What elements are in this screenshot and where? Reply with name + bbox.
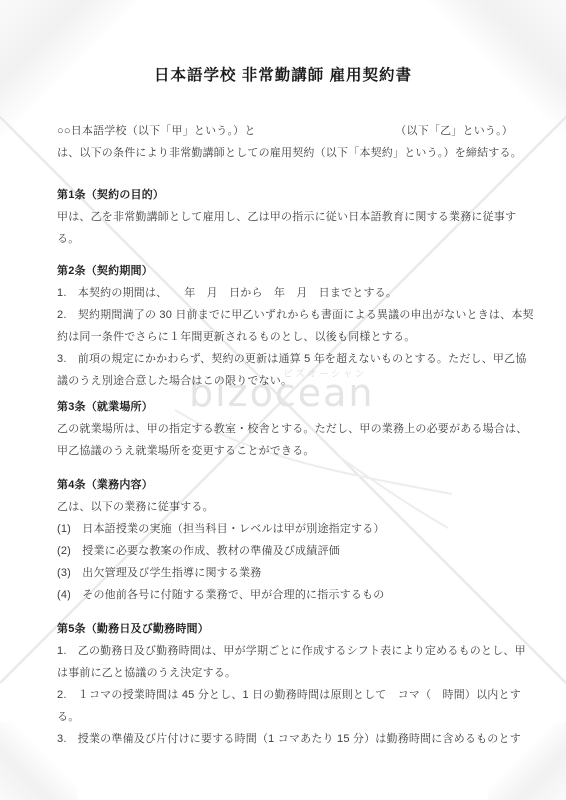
intro-paragraph: ○○日本語学校（以下「甲」という。）と （以下「乙」という。） は、以下の条件に… xyxy=(57,120,522,164)
article-5-heading: 第5条（勤務日及び勤務時間） xyxy=(57,618,209,640)
article-3-heading: 第3条（就業場所） xyxy=(57,396,153,418)
party-a-text: ○○日本語学校（以下「甲」という。）と xyxy=(57,120,256,142)
article-2-body: 1. 本契約の期間は、 年 月 日から 年 月 日までとする。 2. 契約期間満… xyxy=(57,282,534,392)
intro-line2: は、以下の条件により非常勤講師としての雇用契約（以下「本契約」という。）を締結す… xyxy=(57,142,522,164)
party-b-text: （以下「乙」という。） xyxy=(395,120,513,142)
document-title: 日本語学校 非常勤講師 雇用契約書 xyxy=(0,64,566,88)
contract-document-page: ビズオーシャン bizocean 日本語学校 非常勤講師 雇用契約書 ○○日本語… xyxy=(0,0,566,800)
article-5-body: 1. 乙の勤務日及び勤務時間は、甲が学期ごとに作成するシフト表により定めるものと… xyxy=(57,640,526,750)
article-2-heading: 第2条（契約期間） xyxy=(57,260,153,282)
article-4-body: 乙は、以下の業務に従事する。 (1) 日本語授業の実施（担当科目・レベルは甲が別… xyxy=(57,496,385,606)
intro-line1: ○○日本語学校（以下「甲」という。）と （以下「乙」という。） xyxy=(57,120,513,142)
article-1-heading: 第1条（契約の目的） xyxy=(57,184,164,206)
article-4-heading: 第4条（業務内容） xyxy=(57,474,153,496)
article-3-body: 乙の就業場所は、甲の指定する教室・校舎とする。ただし、甲の業務上の必要がある場合… xyxy=(57,418,527,462)
article-1-body: 甲は、乙を非常勤講師として雇用し、乙は甲の指示に従い日本語教育に関する業務に従事… xyxy=(57,206,516,250)
